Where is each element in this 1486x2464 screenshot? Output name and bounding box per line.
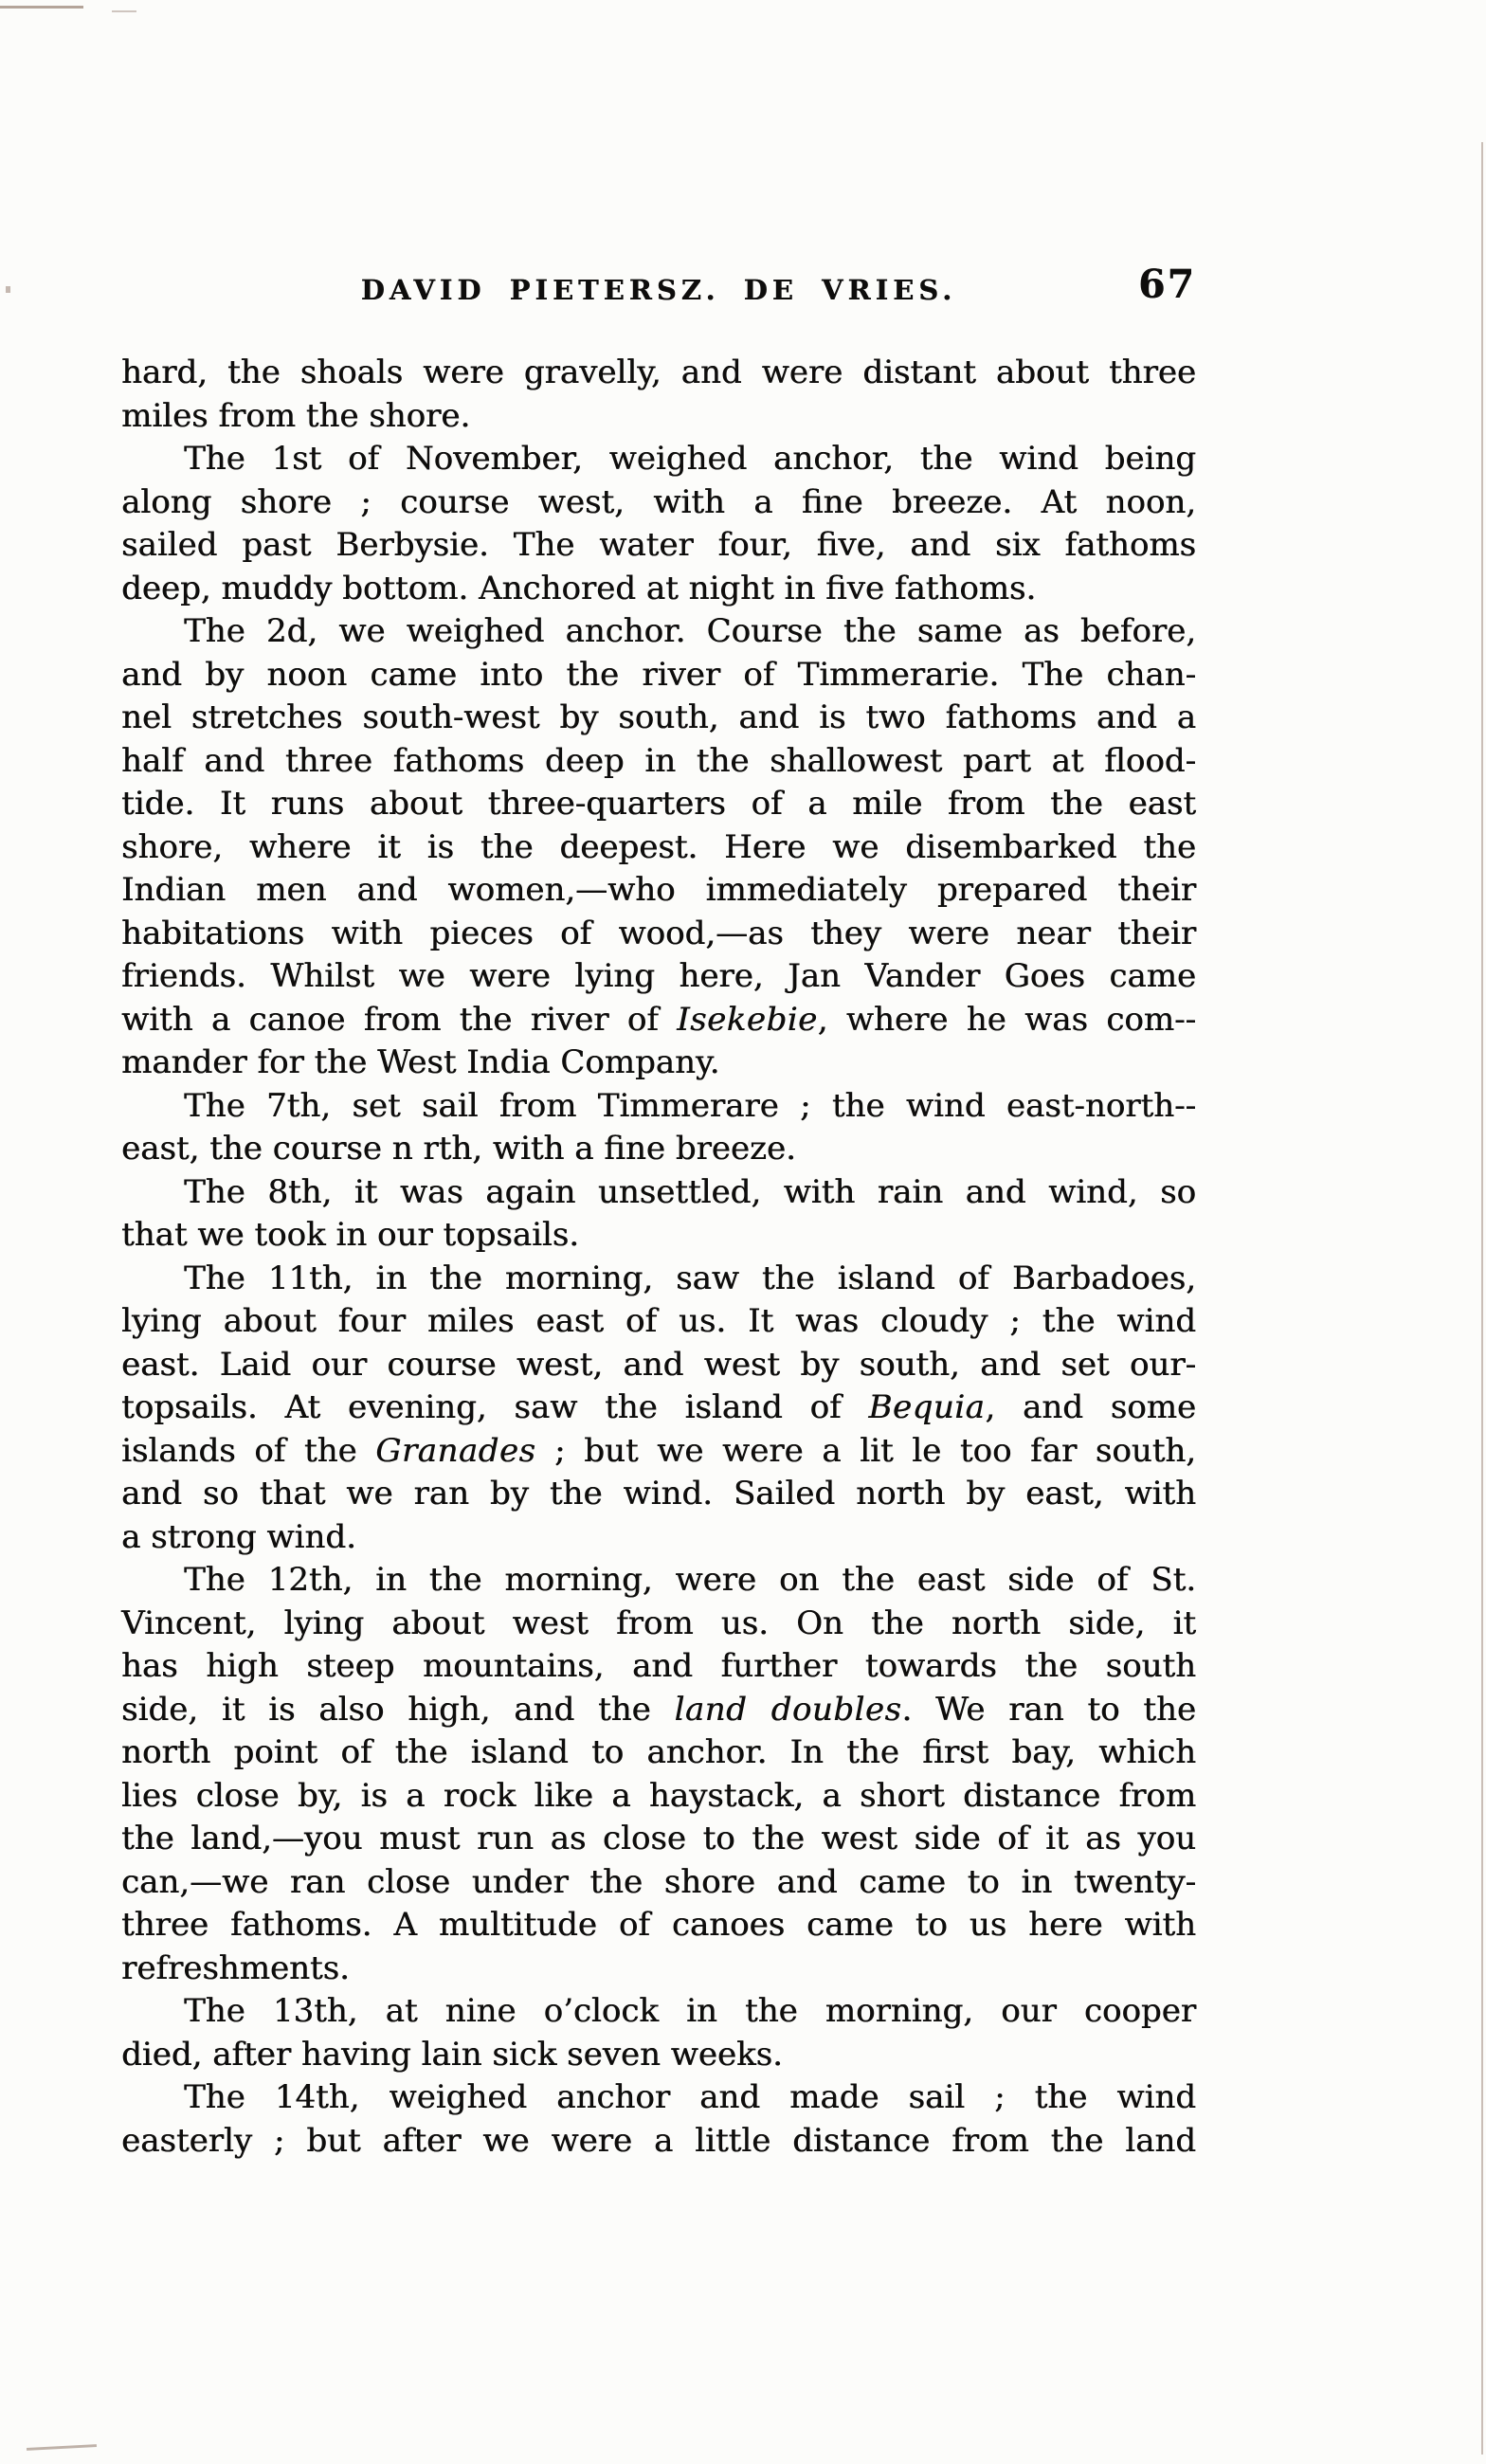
text-line: side, it is also high, and the land doub… <box>121 1689 1196 1732</box>
text-line: half and three fathoms deep in the shall… <box>121 740 1196 784</box>
text-line: east. Laid our course west, and west by … <box>121 1344 1196 1387</box>
text-line: The 13th, at nine o’clock in the morning… <box>121 1990 1196 2034</box>
page-number: 67 <box>121 262 1196 307</box>
text-line: can,—we ran close under the shore and ca… <box>121 1861 1196 1905</box>
text-line: tide. It runs about three-quarters of a … <box>121 783 1196 826</box>
body-lines: hard, the shoals were gravelly, and were… <box>121 352 1196 2163</box>
text-line: The 7th, set sail from Timmerare ; the w… <box>121 1085 1196 1129</box>
text-line: lying about four miles east of us. It wa… <box>121 1300 1196 1344</box>
text-line: lies close by, is a rock like a haystack… <box>121 1775 1196 1819</box>
text-line: Indian men and women,—who immediately pr… <box>121 869 1196 913</box>
text-line: with a canoe from the river of Isekebie,… <box>121 999 1196 1042</box>
text-line: The 8th, it was again unsettled, with ra… <box>121 1171 1196 1215</box>
text-line: deep, muddy bottom. Anchored at night in… <box>121 568 1196 611</box>
text-line: the land,—you must run as close to the w… <box>121 1818 1196 1861</box>
text-line: The 1st of November, weighed anchor, the… <box>121 438 1196 481</box>
text-line: east, the course n rth, with a fine bree… <box>121 1128 1196 1171</box>
book-page: DAVID PIETERSZ. DE VRIES. 67 hard, the s… <box>0 0 1486 2464</box>
text-line: refreshments. <box>121 1948 1196 1991</box>
text-line: The 11th, in the morning, saw the island… <box>121 1258 1196 1301</box>
text-line: The 14th, weighed anchor and made sail ;… <box>121 2076 1196 2120</box>
text-line: died, after having lain sick seven weeks… <box>121 2034 1196 2077</box>
text-line: and so that we ran by the wind. Sailed n… <box>121 1473 1196 1516</box>
text-line: a strong wind. <box>121 1516 1196 1560</box>
text-line: north point of the island to anchor. In … <box>121 1731 1196 1775</box>
text-line: that we took in our topsails. <box>121 1214 1196 1258</box>
text-line: has high steep mountains, and further to… <box>121 1645 1196 1689</box>
text-line: The 12th, in the morning, were on the ea… <box>121 1559 1196 1603</box>
text-line: habitations with pieces of wood,—as they… <box>121 913 1196 956</box>
text-line: along shore ; course west, with a fine b… <box>121 481 1196 525</box>
text-line: three fathoms. A multitude of canoes cam… <box>121 1904 1196 1948</box>
text-line: Vincent, lying about west from us. On th… <box>121 1603 1196 1646</box>
text-line: sailed past Berbysie. The water four, fi… <box>121 524 1196 568</box>
scan-artifact <box>1481 142 1483 2455</box>
text-line: hard, the shoals were gravelly, and were… <box>121 352 1196 395</box>
scan-artifact <box>27 2444 97 2451</box>
text-line: easterly ; but after we were a little di… <box>121 2120 1196 2164</box>
text-line: friends. Whilst we were lying here, Jan … <box>121 955 1196 999</box>
text-line: topsails. At evening, saw the island of … <box>121 1386 1196 1430</box>
text-line: shore, where it is the deepest. Here we … <box>121 826 1196 870</box>
scan-artifact <box>6 286 10 293</box>
text-line: nel stretches south-west by south, and i… <box>121 697 1196 740</box>
scan-artifact <box>112 10 136 12</box>
scan-artifact <box>0 6 83 9</box>
text-line: mander for the West India Company. <box>121 1042 1196 1085</box>
text-line: miles from the shore. <box>121 395 1196 439</box>
text-line: The 2d, we weighed anchor. Course the sa… <box>121 610 1196 654</box>
text-line: and by noon came into the river of Timme… <box>121 654 1196 698</box>
text-line: islands of the Granades ; but we were a … <box>121 1430 1196 1474</box>
